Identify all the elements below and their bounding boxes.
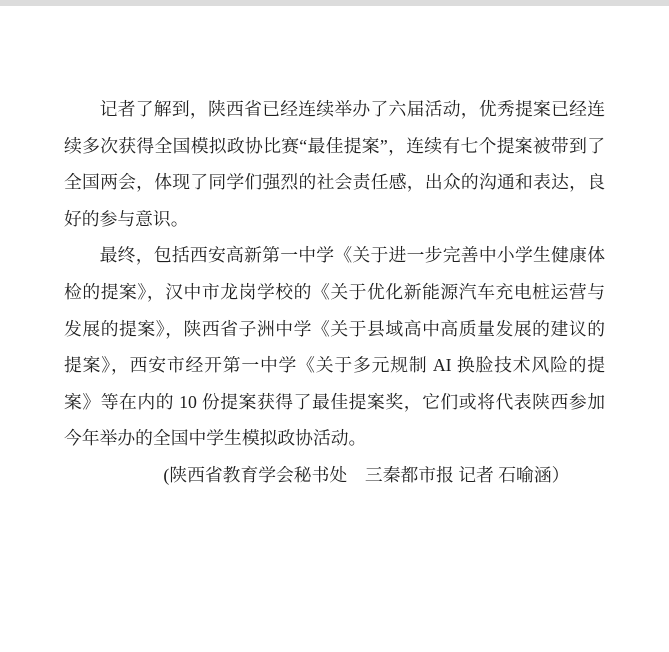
paragraph-1: 记者了解到，陕西省已经连续举办了六届活动，优秀提案已经连续多次获得全国模拟政协比… [64,91,605,237]
paragraph-2: 最终，包括西安高新第一中学《关于进一步完善中小学生健康体检的提案》，汉中市龙岗学… [64,237,605,457]
signature-line: (陕西省教育学会秘书处 三秦都市报 记者 石喻涵） [64,457,605,494]
document-page: 记者了解到，陕西省已经连续举办了六届活动，优秀提案已经连续多次获得全国模拟政协比… [0,6,669,494]
